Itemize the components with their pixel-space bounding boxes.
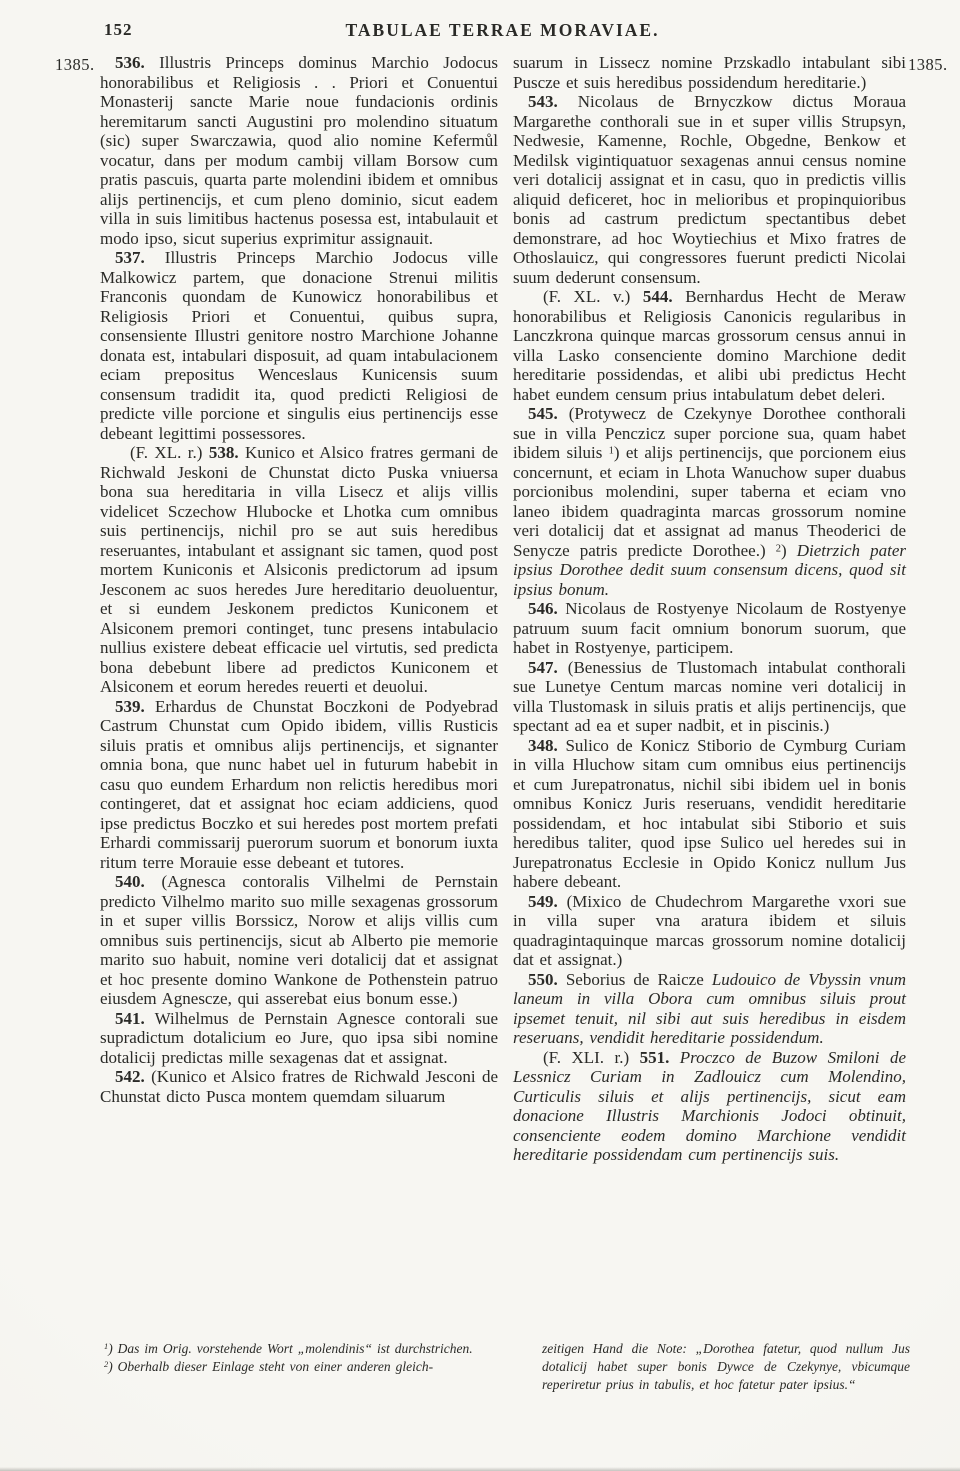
entry-541: 541. Wilhelmus de Pernstain Agnesce cont… — [100, 1009, 498, 1068]
entry-538: (F. XL. r.) 538. Kunico et Alsico fratre… — [100, 443, 498, 697]
footnote-2-continuation: zeitigen Hand die Note: „Dorothea fatetu… — [542, 1340, 910, 1394]
entry-543: 543. Nicolaus de Brnyczkow dictus Moraua… — [513, 92, 906, 287]
entry-348: 348. Sulico de Konicz Stiborio de Cymbur… — [513, 736, 906, 892]
footnotes-right-column: zeitigen Hand die Note: „Dorothea fatetu… — [542, 1340, 910, 1394]
running-head: 152 TABULAE TERRAE MORAVIAE. — [100, 20, 905, 44]
entry-536: 536. Illustris Princeps dominus Marchio … — [100, 53, 498, 248]
entry-540: 540. (Agnesca contoralis Vilhelmi de Per… — [100, 872, 498, 1009]
text-block: 536. Illustris Princeps dominus Marchio … — [100, 53, 906, 1165]
margin-year-right: 1385. — [908, 55, 948, 75]
entry-542: 542. (Kunico et Alsico fratres de Richwa… — [100, 1067, 498, 1106]
page-number: 152 — [104, 20, 133, 40]
entry-542-continuation: suarum in Lissecz nomine Przskadlo intab… — [513, 53, 906, 92]
entry-539: 539. Erhardus de Chunstat Boczkoni de Po… — [100, 697, 498, 873]
entry-546: 546. Nicolaus de Rostyenye Nicolaum de R… — [513, 599, 906, 658]
page-title: TABULAE TERRAE MORAVIAE. — [100, 20, 905, 41]
margin-year-left: 1385. — [55, 55, 95, 75]
entry-549: 549. (Mixico de Chudechrom Margarethe vx… — [513, 892, 906, 970]
entry-537: 537. Illustris Princeps Marchio Jodocus … — [100, 248, 498, 443]
entry-545: 545. (Protywecz de Czekynye Dorothee con… — [513, 404, 906, 599]
footnotes: 1) Das im Orig. vorstehende Wort „molend… — [104, 1340, 910, 1394]
scanned-book-page: 152 TABULAE TERRAE MORAVIAE. 1385. 1385.… — [0, 0, 960, 1471]
entry-544: (F. XL. v.) 544. Bernhardus Hecht de Mer… — [513, 287, 906, 404]
right-column: suarum in Lissecz nomine Przskadlo intab… — [513, 53, 906, 1165]
footnote-1: 1) Das im Orig. vorstehende Wort „molend… — [104, 1340, 496, 1358]
footnotes-left-column: 1) Das im Orig. vorstehende Wort „molend… — [104, 1340, 496, 1394]
footnote-2: 2) Oberhalb dieser Einlage steht von ein… — [104, 1358, 496, 1376]
entry-551: (F. XLI. r.) 551. Proczco de Buzow Smilo… — [513, 1048, 906, 1165]
entry-547: 547. (Benessius de Tlustomach intabulat … — [513, 658, 906, 736]
entry-550: 550. Seborius de Raicze Ludouico de Vbys… — [513, 970, 906, 1048]
left-column: 536. Illustris Princeps dominus Marchio … — [100, 53, 498, 1165]
